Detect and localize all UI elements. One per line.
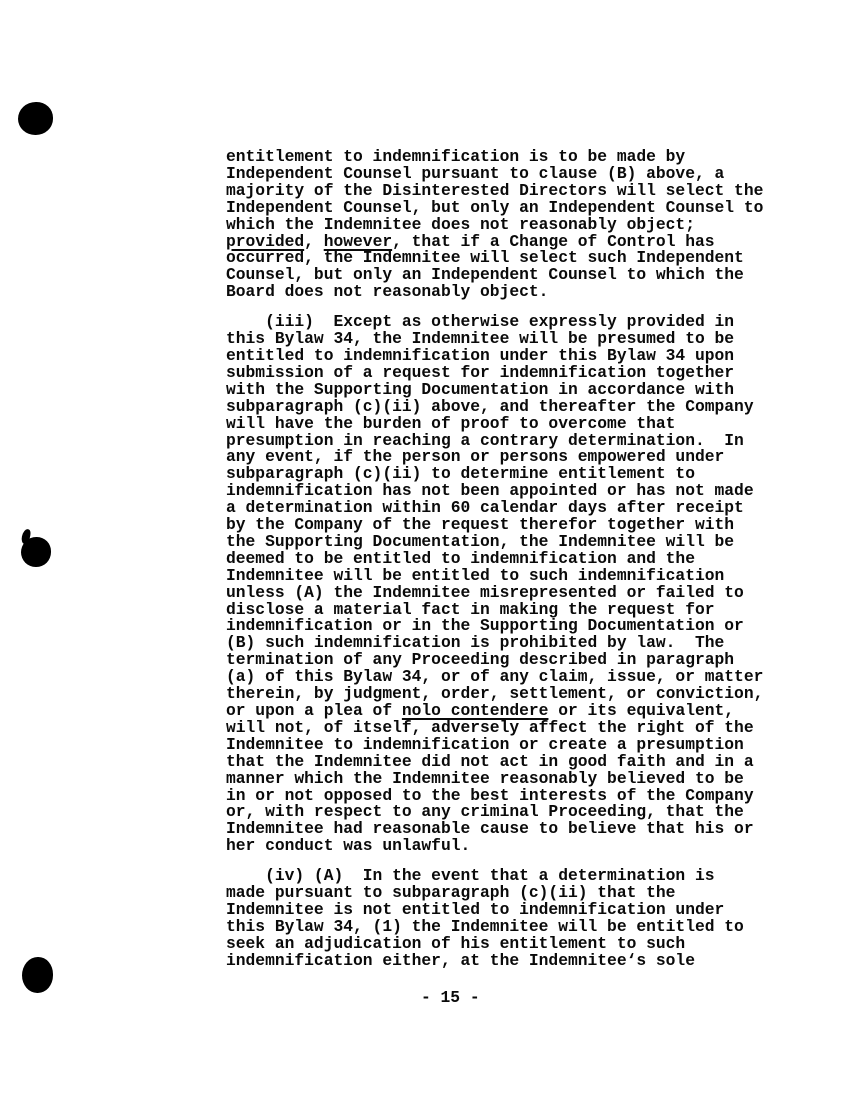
paragraph: (iv) (A) In the event that a determinati… [226, 868, 763, 969]
paragraph: (iii) Except as otherwise expressly prov… [226, 314, 763, 855]
punch-hole-tail [21, 528, 32, 544]
scanned-document-page: entitlement to indemnification is to be … [0, 0, 849, 1100]
punch-hole-bottom [22, 957, 53, 993]
text-line: her conduct was unlawful. [226, 838, 763, 855]
paragraph: entitlement to indemnification is to be … [226, 149, 763, 301]
text-line: indemnification either, at the Indemnite… [226, 953, 763, 970]
text-line: Board does not reasonably object. [226, 284, 763, 301]
document-body: entitlement to indemnification is to be … [226, 149, 763, 970]
punch-hole-top [18, 102, 53, 135]
page-number: - 15 - [421, 989, 480, 1006]
punch-hole-middle [21, 537, 51, 567]
